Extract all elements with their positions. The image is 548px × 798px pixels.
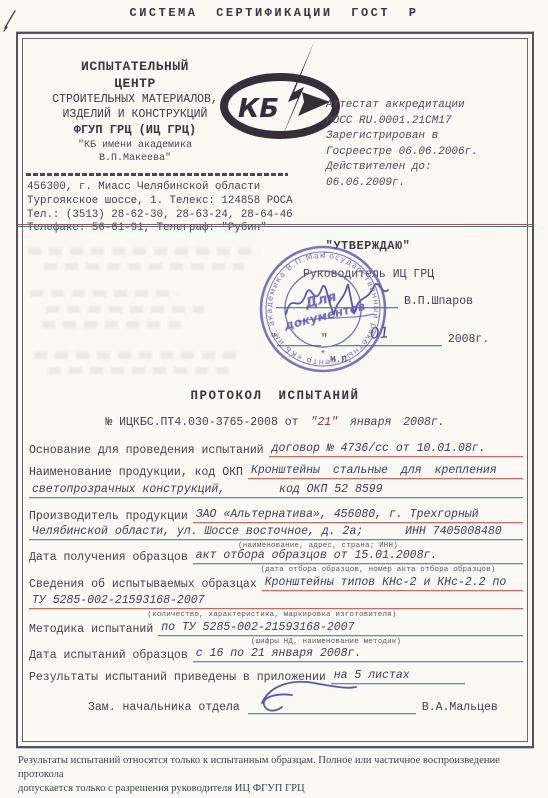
accreditation-line: Зарегистрирован в bbox=[326, 129, 528, 145]
field-value: код ОКП 52 8599 bbox=[279, 483, 383, 496]
field-value: светопрозрачных конструкций, bbox=[32, 483, 225, 496]
svg-text:✦: ✦ bbox=[320, 347, 326, 357]
field-value: Челябинской области, ул. Шоссе восточное… bbox=[32, 525, 363, 538]
approval-year: 2008г. bbox=[448, 333, 489, 346]
field-label: Методика испытаний bbox=[29, 623, 153, 636]
org-line: ЦЕНТР bbox=[22, 75, 248, 92]
footer-line: Результаты испытаний относятся только к … bbox=[18, 754, 532, 782]
bleed-through-artifact bbox=[44, 263, 244, 270]
field-label: Основание для проведения испытаний bbox=[29, 444, 264, 457]
field-manufacturer: Производитель продукции ЗАО «Альтернатив… bbox=[29, 506, 523, 523]
field-test-dates: Дата испытаний образцов с 16 по 21 январ… bbox=[29, 645, 523, 662]
field-received: Дата получения образцов акт отбора образ… bbox=[29, 547, 523, 564]
field-value: договор № 4736/сс от 10.01.08г. bbox=[269, 442, 523, 457]
field-basis: Основание для проведения испытаний догов… bbox=[29, 440, 523, 457]
org-line: СТРОИТЕЛЬНЫХ МАТЕРИАЛОВ, bbox=[22, 92, 248, 107]
bleed-through-artifact bbox=[28, 248, 260, 255]
field-manufacturer-cont: Челябинской области, ул. Шоссе восточное… bbox=[29, 523, 523, 540]
org-line: ИСПЫТАТЕЛЬНЫЙ bbox=[22, 58, 248, 75]
field-value: по ТУ 5285-002-21593168-2007 bbox=[158, 621, 523, 636]
field-caption: (количество, характеристика, маркировка … bbox=[126, 611, 418, 619]
org-line: ФГУП ГРЦ (ИЦ ГРЦ) bbox=[22, 122, 248, 139]
address-block: 456300, г. Миасс Челябинской области Тур… bbox=[27, 181, 293, 236]
footer-note: Результаты испытаний относятся только к … bbox=[18, 754, 532, 796]
field-value: ТУ 5285-002-21593168-2007 bbox=[29, 594, 523, 609]
field-samples-cont: ТУ 5285-002-21593168-2007 bbox=[29, 592, 523, 609]
protocol-day: "21" bbox=[310, 416, 338, 429]
dashed-separator bbox=[26, 173, 288, 176]
protocol-date: января 2008г. bbox=[350, 416, 445, 429]
document-border-frame: ИСПЫТАТЕЛЬНЫЙ ЦЕНТР СТРОИТЕЛЬНЫХ МАТЕРИА… bbox=[16, 32, 534, 748]
pen-mark bbox=[2, 8, 18, 32]
field-value: ИНН 7405008480 bbox=[405, 525, 502, 538]
field-label: Наименование продукции, код ОКП bbox=[29, 466, 243, 479]
accreditation-line: Аттестат аккредитации bbox=[326, 98, 528, 114]
bleed-through-artifact bbox=[34, 352, 242, 359]
accreditation-line: Действителен до: bbox=[326, 160, 528, 176]
accreditation-line: РОСС RU.0001.21СМ17 bbox=[326, 114, 528, 130]
field-value: с 16 по 21 января 2008г. bbox=[193, 647, 523, 662]
maltsev-signature bbox=[252, 673, 392, 713]
address-line: Тел.: (3513) 28-62-30, 28-63-24, 28-64-4… bbox=[27, 209, 293, 223]
address-line: Тургоякское шоссе, 1. Телекс: 124858 РОС… bbox=[27, 195, 293, 209]
field-product-cont: светопрозрачных конструкций, код ОКП 52 … bbox=[29, 481, 523, 498]
protocol-number: № ИЦКБС.ПТ4.030-3765-2008 от bbox=[105, 416, 298, 429]
field-label: Дата получения образцов bbox=[29, 551, 188, 564]
bleed-through-artifact bbox=[48, 367, 230, 374]
accreditation-block: Аттестат аккредитации РОСС RU.0001.21СМ1… bbox=[326, 98, 528, 191]
field-value: Кронштейны стальные для крепления bbox=[248, 464, 523, 479]
field-label: Сведения об испытываемых образцах bbox=[29, 578, 257, 591]
footer-line: допускается только с разрешения руководи… bbox=[18, 782, 532, 796]
bleed-through-artifact bbox=[30, 290, 178, 297]
org-line: ИЗДЕЛИЙ И КОНСТРУКЦИЙ bbox=[22, 107, 248, 122]
field-label: Дата испытаний образцов bbox=[29, 649, 188, 662]
scanned-test-protocol-page: СИСТЕМА СЕРТИФИКАЦИИ ГОСТ Р ИСПЫТАТЕЛЬНЫ… bbox=[0, 0, 548, 798]
round-stamp: Государственный ракетный центр «КБ им. а… bbox=[256, 242, 390, 376]
field-method: Методика испытаний по ТУ 5285-002-215931… bbox=[29, 619, 523, 636]
field-caption: (дата отбора образцов, номер акта отбора… bbox=[246, 566, 510, 574]
field-value: Кронштейны типов КНс-2 и КНс-2.2 по bbox=[262, 576, 523, 591]
field-samples: Сведения об испытываемых образцах Кроншт… bbox=[29, 574, 523, 591]
field-value: акт отбора образцов от 15.01.2008г. bbox=[193, 549, 523, 564]
bleed-through-artifact bbox=[46, 306, 204, 313]
accreditation-line: Госреестре 06.06.2006г. bbox=[326, 145, 528, 161]
svg-text:КБ: КБ bbox=[238, 94, 279, 124]
bleed-through-artifact bbox=[42, 321, 182, 328]
protocol-title: ПРОТОКОЛ ИСПЫТАНИЙ bbox=[18, 389, 532, 403]
org-line: В.П.Макеева" bbox=[22, 152, 248, 165]
field-value: ЗАО «Альтернатива», 456080, г. Трехгорны… bbox=[193, 508, 523, 523]
approver-name: В.П.Шпаров bbox=[404, 295, 473, 308]
address-line: 456300, г. Миасс Челябинской области bbox=[27, 181, 293, 195]
organization-name-block: ИСПЫТАТЕЛЬНЫЙ ЦЕНТР СТРОИТЕЛЬНЫХ МАТЕРИА… bbox=[22, 58, 248, 165]
signatory-name: В.А.Мальцев bbox=[422, 701, 498, 714]
accreditation-line: 06.06.2009г. bbox=[326, 176, 528, 192]
letterhead-divider bbox=[18, 224, 532, 227]
org-line: "КБ имени академика bbox=[22, 139, 248, 152]
field-label: Производитель продукции bbox=[29, 510, 188, 523]
signature-line bbox=[248, 687, 416, 714]
signatory-title: Зам. начальника отдела bbox=[88, 701, 240, 714]
signatory-row: Зам. начальника отдела В.А.Мальцев bbox=[88, 686, 498, 714]
certification-system-title: СИСТЕМА СЕРТИФИКАЦИИ ГОСТ Р bbox=[0, 6, 548, 20]
field-product: Наименование продукции, код ОКП Кронштей… bbox=[29, 462, 523, 479]
protocol-number-line: № ИЦКБС.ПТ4.030-3765-2008 от "21" января… bbox=[18, 416, 532, 429]
